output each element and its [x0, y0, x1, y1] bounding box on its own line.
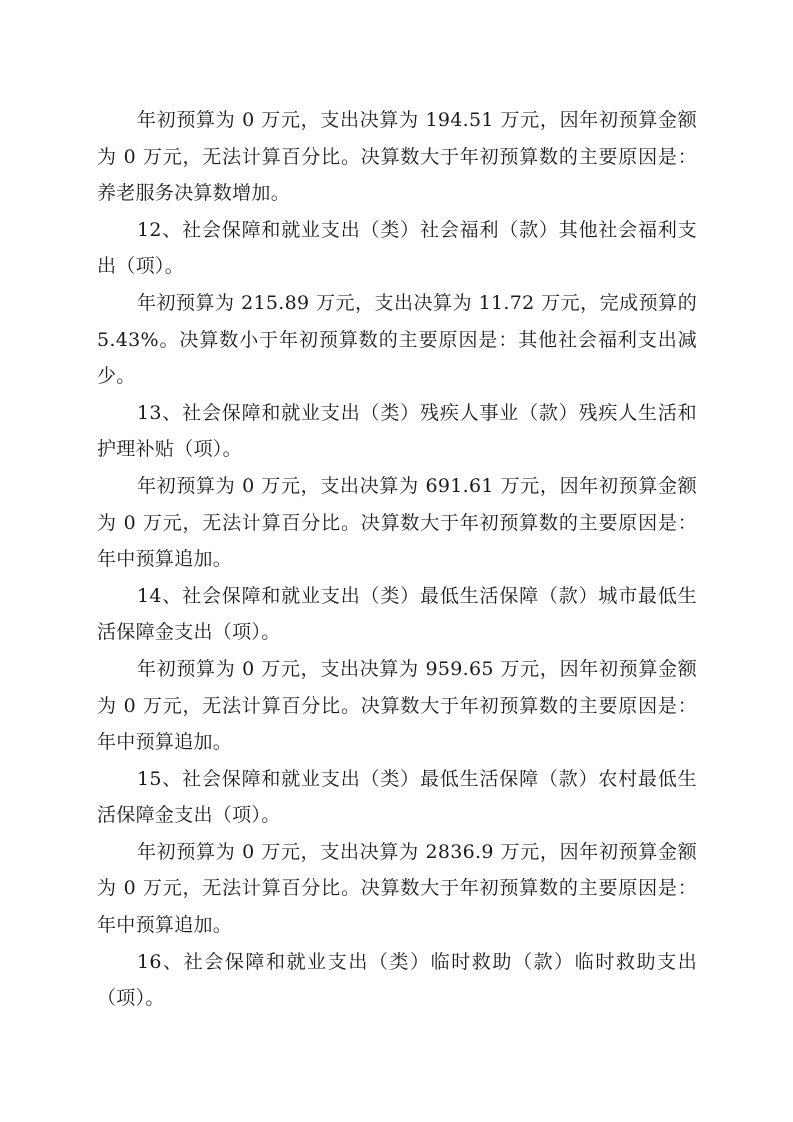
- heading-item-13: 13、社会保障和就业支出（类）残疾人事业（款）残疾人生活和护理补贴（项）。: [97, 395, 697, 468]
- heading-item-14: 14、社会保障和就业支出（类）最低生活保障（款）城市最低生活保障金支出（项）。: [97, 578, 697, 651]
- paragraph-item-13-explanation: 年初预算为 0 万元，支出决算为 691.61 万元，因年初预算金额为 0 万元…: [97, 468, 697, 578]
- heading-item-16: 16、社会保障和就业支出（类）临时救助（款）临时救助支出（项）。: [97, 944, 697, 1017]
- paragraph-item-14-explanation: 年初预算为 0 万元，支出决算为 959.65 万元，因年初预算金额为 0 万元…: [97, 651, 697, 761]
- heading-item-15: 15、社会保障和就业支出（类）最低生活保障（款）农村最低生活保障金支出（项）。: [97, 761, 697, 834]
- paragraph-item-12-explanation: 年初预算为 215.89 万元，支出决算为 11.72 万元，完成预算的 5.4…: [97, 285, 697, 395]
- heading-item-12: 12、社会保障和就业支出（类）社会福利（款）其他社会福利支出（项）。: [97, 212, 697, 285]
- paragraph-item-15-explanation: 年初预算为 0 万元，支出决算为 2836.9 万元，因年初预算金额为 0 万元…: [97, 834, 697, 944]
- paragraph-old-age-service-explanation: 年初预算为 0 万元，支出决算为 194.51 万元，因年初预算金额为 0 万元…: [97, 102, 697, 212]
- document-page: 年初预算为 0 万元，支出决算为 194.51 万元，因年初预算金额为 0 万元…: [97, 102, 697, 1017]
